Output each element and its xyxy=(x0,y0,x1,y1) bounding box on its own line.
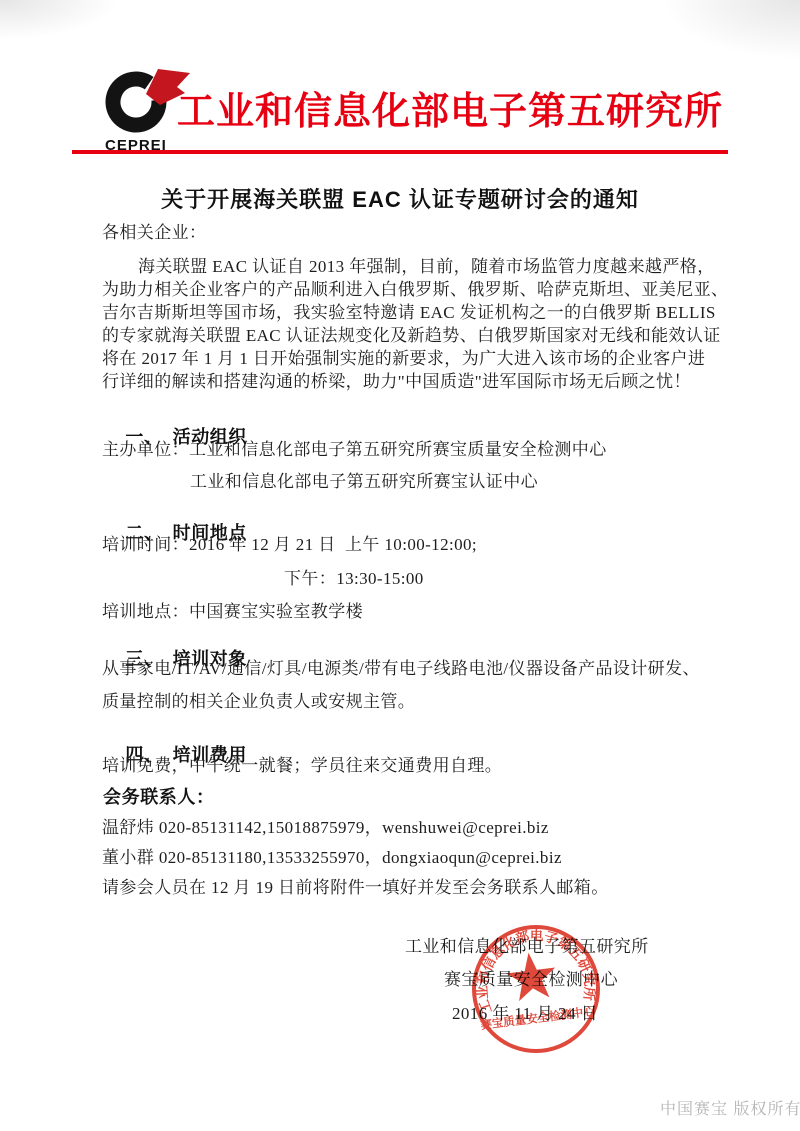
intro-line: 为助力相关企业客户的产品顺利进入白俄罗斯、俄罗斯、哈萨克斯坦、亚美尼亚、 xyxy=(102,279,728,301)
masthead-rule xyxy=(72,150,728,154)
section-line: 主办单位：工业和信息化部电子第五研究所赛宝质量安全检测中心 xyxy=(102,439,607,461)
org-masthead-title: 工业和信息化部电子第五研究所 xyxy=(177,90,723,134)
intro-line: 的专家就海关联盟 EAC 认证法规变化及新趋势、白俄罗斯国家对无线和能效认证 xyxy=(102,325,721,347)
section-line: 下午：13:30-15:00 xyxy=(284,568,424,590)
section-line: 工业和信息化部电子第五研究所赛宝认证中心 xyxy=(190,471,538,493)
copyright-watermark: 中国赛宝 版权所有 xyxy=(660,1096,800,1119)
section-line: 质量控制的相关企业负责人或安规主管。 xyxy=(102,691,415,713)
section-heading-2: 二、时间地点 xyxy=(103,500,247,566)
contact-line: 温舒炜 020-85131142,15018875979，wenshuwei@c… xyxy=(102,817,549,839)
stamp-star-icon xyxy=(504,950,559,1003)
intro-line: 吉尔吉斯斯坦等国市场，我实验室特邀请 EAC 发证机构之一的白俄罗斯 BELLI… xyxy=(102,302,716,324)
contacts-heading: 会务联系人： xyxy=(103,786,215,808)
stamp-seal-icon: 工业和信息化部电子第五研究所 赛宝质量安全检测中心 xyxy=(461,914,611,1064)
section-line: 培训时间：2016 年 12 月 21 日 上午 10:00-12:00; xyxy=(102,534,477,556)
salutation: 各相关企业： xyxy=(102,222,206,244)
intro-line: 将在 2017 年 1 月 1 日开始强制实施的新要求，为广大进入该市场的企业客… xyxy=(102,348,705,370)
official-red-stamp: 工业和信息化部电子第五研究所 赛宝质量安全检测中心 xyxy=(461,914,611,1069)
intro-line: 海关联盟 EAC 认证自 2013 年强制，目前，随着市场监管力度越来越严格， xyxy=(138,256,715,278)
section-line: 培训免费，中午统一就餐；学员往来交通费用自理。 xyxy=(102,755,502,777)
notice-title: 关于开展海关联盟 EAC 认证专题研讨会的通知 xyxy=(0,183,800,214)
intro-line: 行详细的解读和搭建沟通的桥梁，助力"中国质造"进军国际市场无后顾之忧！ xyxy=(102,371,691,393)
stamp-banner-text: 赛宝质量安全检测中心 xyxy=(480,1004,596,1032)
section-line: 从事家电/IT/AV/通信/灯具/电源类/带有电子线路电池/仪器设备产品设计研发… xyxy=(102,658,700,680)
stamp-inner: 工业和信息化部电子第五研究所 赛宝质量安全检测中心 xyxy=(468,920,603,1033)
scan-smudge-top-right xyxy=(660,0,800,60)
contacts-note: 请参会人员在 12 月 19 日前将附件一填好并发至会务联系人邮箱。 xyxy=(102,877,609,899)
scan-smudge-top-left xyxy=(0,0,120,40)
scanned-notice-page: CEPREI 工业和信息化部电子第五研究所 关于开展海关联盟 EAC 认证专题研… xyxy=(0,0,800,1131)
contact-line: 董小群 020-85131180,13533255970，dongxiaoqun… xyxy=(102,847,562,869)
section-line: 培训地点：中国赛宝实验室教学楼 xyxy=(102,601,363,623)
